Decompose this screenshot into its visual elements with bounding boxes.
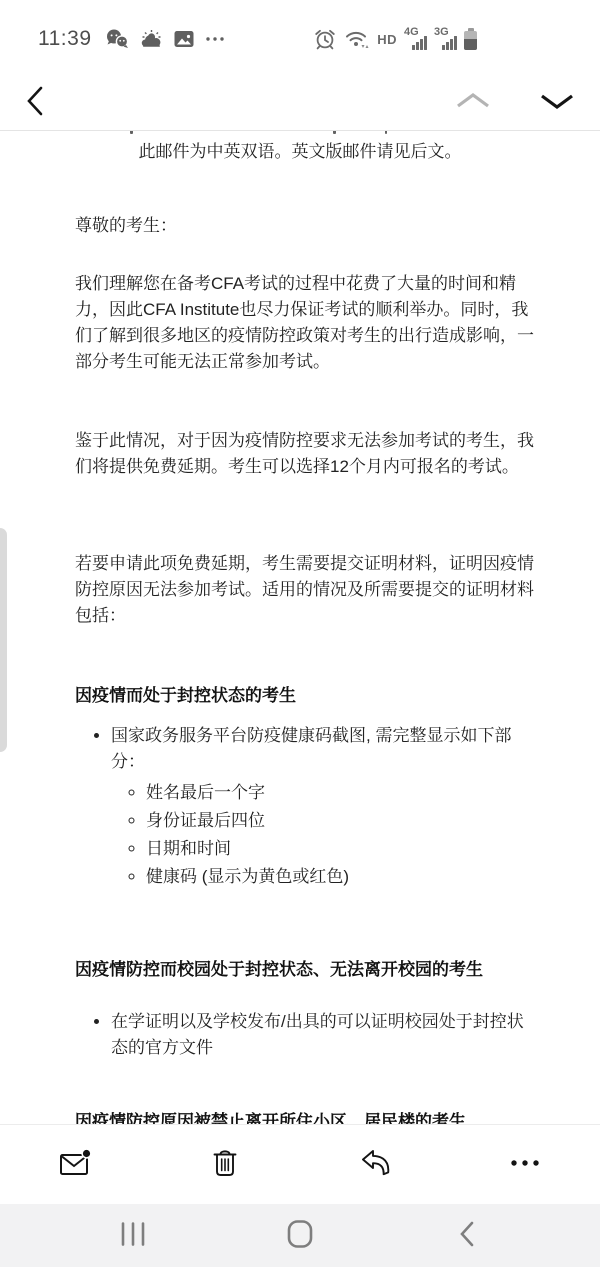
paragraph: 若要申请此项免费延期，考生需要提交证明材料，证明因疫情防控原因无法参加考试。适用… — [75, 551, 540, 629]
sub-list-item: 姓名最后一个字 — [146, 779, 540, 807]
bilingual-note: 此邮件为中英双语。英文版邮件请见后文。 — [0, 137, 600, 162]
bullet-text: 国家政务服务平台防疫健康码截图, 需完整显示如下部分： — [111, 726, 511, 771]
section-list: 国家政务服务平台防疫健康码截图, 需完整显示如下部分： 姓名最后一个字 身份证最… — [75, 723, 540, 891]
status-bar-left: 11:39 — [38, 22, 226, 56]
delete-button[interactable] — [210, 1147, 240, 1182]
home-icon — [285, 1219, 315, 1249]
back-nav-button[interactable] — [456, 1219, 478, 1252]
weather-icon — [139, 28, 164, 50]
mark-unread-icon — [58, 1147, 92, 1179]
hd-badge: HD — [377, 32, 397, 47]
list-item: 在学证明以及学校发布/出具的可以证明校园处于封控状态的官方文件 — [111, 1009, 540, 1061]
recents-button[interactable] — [118, 1220, 148, 1251]
sub-list-item: 日期和时间 — [146, 835, 540, 863]
more-button[interactable] — [508, 1148, 542, 1181]
battery-icon — [464, 28, 477, 50]
section-heading: 因疫情防控而校园处于封控状态、无法离开校园的考生 — [75, 957, 540, 983]
edge-panel-handle[interactable] — [0, 528, 7, 752]
recents-icon — [118, 1220, 148, 1248]
mark-unread-button[interactable] — [58, 1147, 92, 1182]
paragraph: 鉴于此情况，对于因为疫情防控要求无法参加考试的考生，我们将提供免费延期。考生可以… — [75, 428, 540, 480]
signal-3g-bars — [442, 36, 457, 50]
wechat-icon — [105, 28, 130, 50]
trash-icon — [210, 1147, 240, 1179]
reply-icon — [359, 1148, 391, 1178]
clock-time: 11:39 — [38, 27, 92, 51]
paragraph: 我们理解您在备考CFA考试的过程中花费了大量的时间和精力，因此CFA Insti… — [75, 271, 540, 375]
clipped-text-remnant — [333, 130, 336, 134]
salutation: 尊敬的考生： — [75, 213, 540, 239]
section-heading: 因疫情防控原因被禁止离开所住小区、居民楼的考生 — [75, 1109, 540, 1125]
more-icon — [508, 1148, 542, 1178]
previous-email-button[interactable] — [450, 84, 496, 120]
phone-screen: 11:39 — [0, 0, 600, 1267]
next-email-button[interactable] — [534, 84, 580, 120]
signal-4g: 4G — [404, 27, 427, 51]
home-button[interactable] — [285, 1219, 315, 1252]
chevron-left-icon — [21, 84, 51, 118]
email-nav-bar — [0, 72, 600, 130]
alarm-icon — [313, 27, 337, 51]
section-list: 在学证明以及学校发布/出具的可以证明校园处于封控状态的官方文件 — [75, 1009, 540, 1061]
clipped-text-remnant — [130, 130, 133, 134]
email-body-scroll-area[interactable]: 此邮件为中英双语。英文版邮件请见后文。 尊敬的考生： 我们理解您在备考CFA考试… — [0, 130, 600, 1125]
chevron-down-icon — [537, 89, 577, 113]
status-bar: 11:39 — [0, 0, 600, 72]
system-navigation-bar — [0, 1204, 600, 1267]
sub-list-item: 健康码 (显示为黄色或红色) — [146, 863, 540, 891]
more-notifications-icon — [204, 28, 226, 50]
signal-4g-bars — [412, 36, 427, 50]
gallery-icon — [173, 28, 195, 50]
back-icon — [456, 1219, 478, 1249]
chevron-up-icon — [453, 89, 493, 113]
signal-3g: 3G — [434, 27, 457, 51]
status-bar-right: HD 4G 3G — [313, 22, 477, 56]
reply-button[interactable] — [359, 1148, 391, 1181]
email-action-toolbar — [0, 1124, 600, 1204]
sub-list-item: 身份证最后四位 — [146, 807, 540, 835]
back-button[interactable] — [14, 82, 58, 122]
section-heading: 因疫情而处于封控状态的考生 — [75, 683, 540, 709]
clipped-text-remnant — [385, 130, 387, 134]
list-item: 国家政务服务平台防疫健康码截图, 需完整显示如下部分： 姓名最后一个字 身份证最… — [111, 723, 540, 891]
wifi-icon — [344, 27, 370, 51]
